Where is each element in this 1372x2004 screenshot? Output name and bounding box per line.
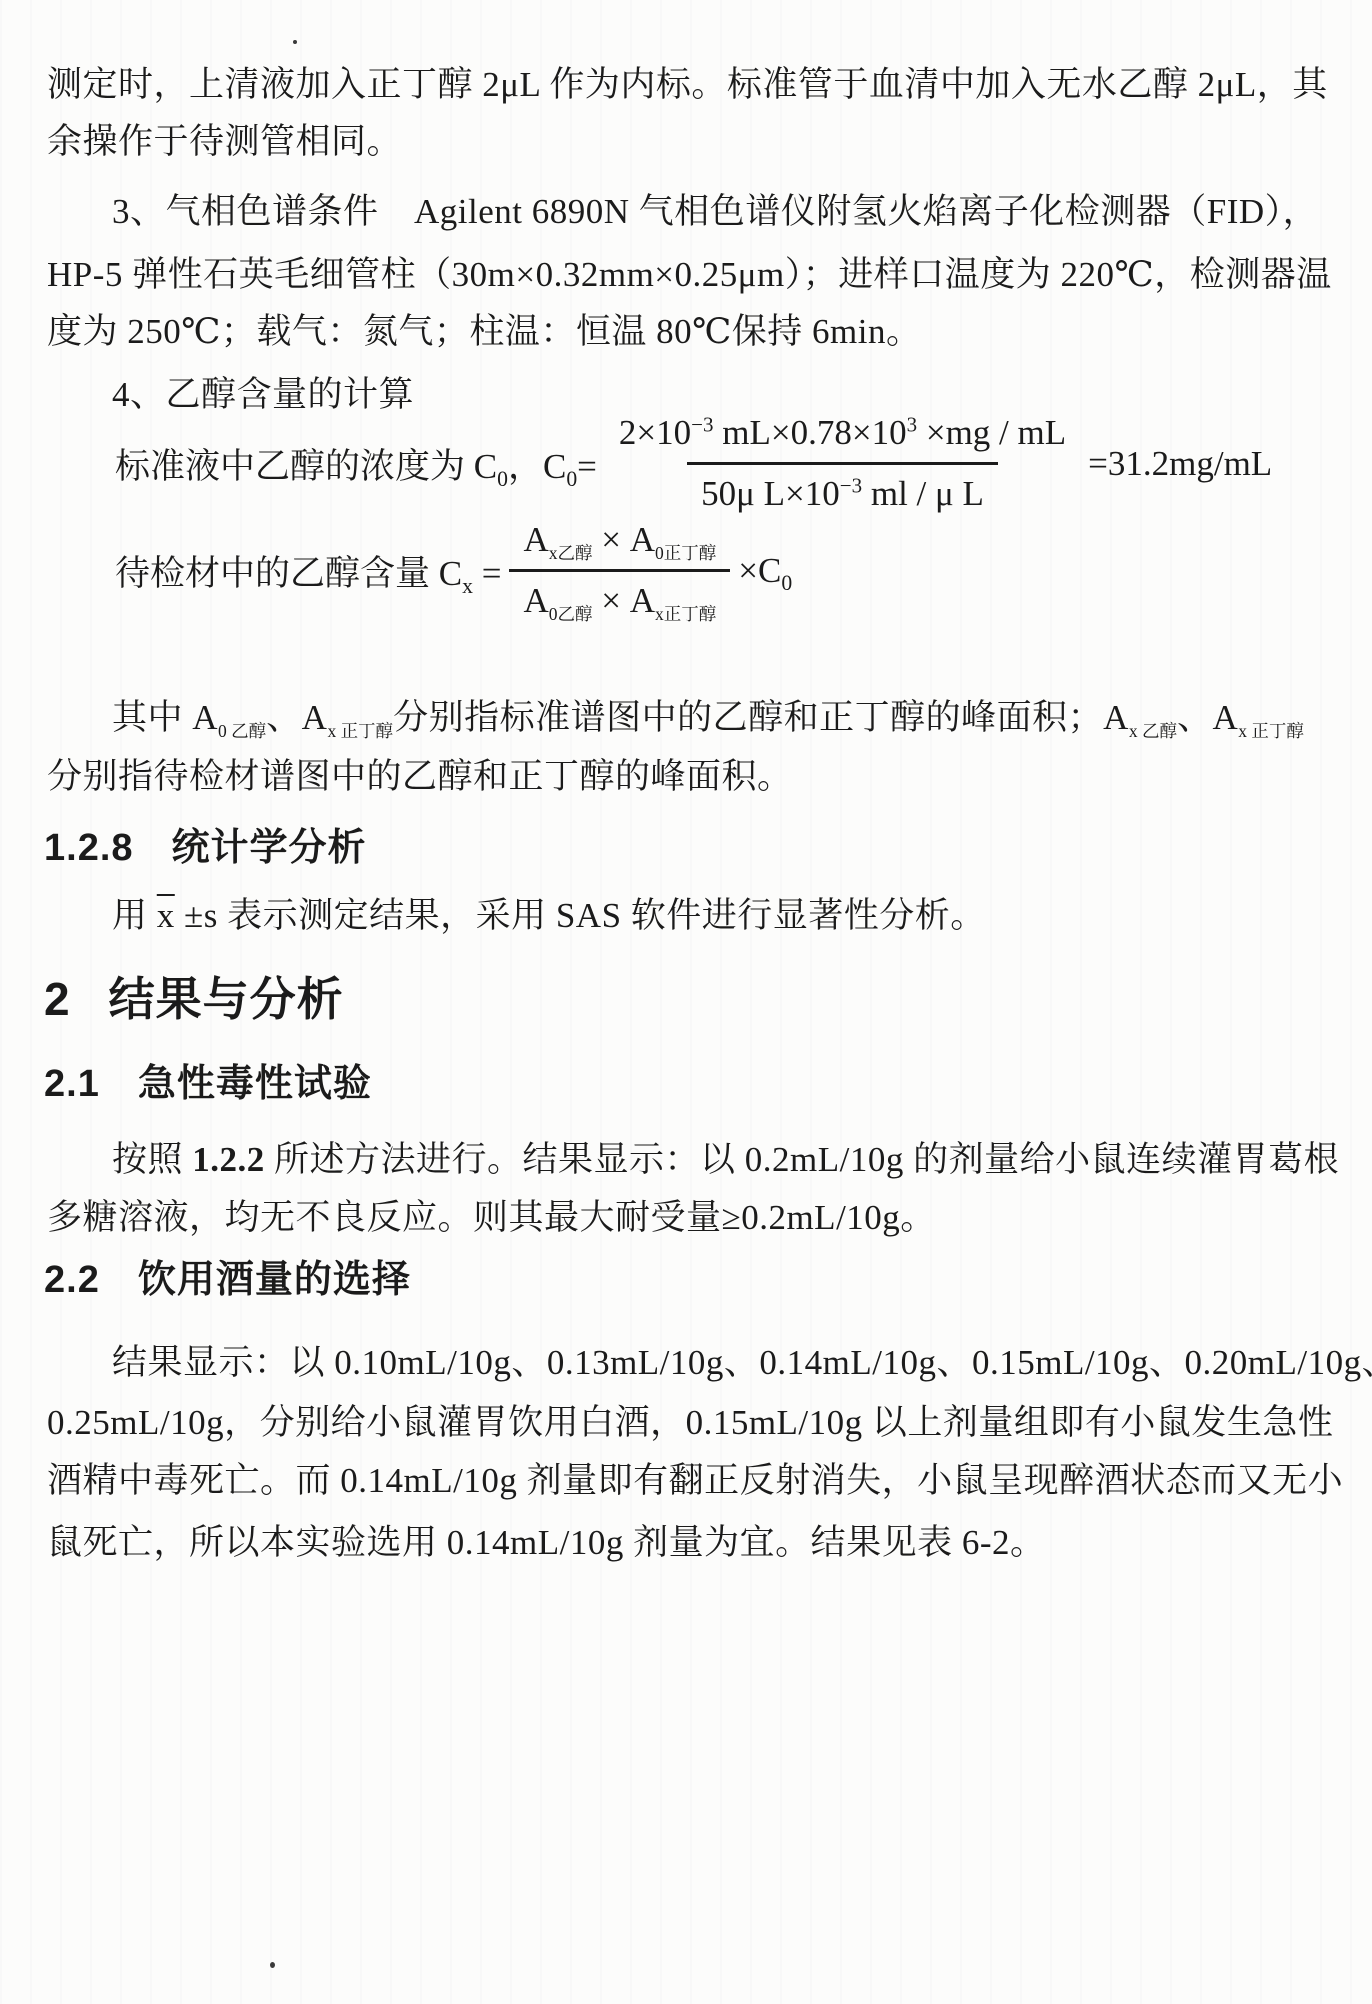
formula-c0-lead: 标准液中乙醇的浓度为 C0，C0= <box>115 439 597 489</box>
c0-subscript: 0 <box>497 467 508 491</box>
para-calc-heading: 4、乙醇含量的计算 <box>112 367 414 417</box>
para-gc-line-1: 3、气相色谱条件 Agilent 6890N 气相色谱仪附氢火焰离子化检测器（F… <box>112 184 1318 234</box>
para-dose-line-4: 鼠死亡，所以本实验选用 0.14mL/10g 剂量为宜。结果见表 6-2。 <box>47 1515 1046 1565</box>
section-title: 急性毒性试验 <box>138 1063 372 1105</box>
x-bar-symbol: x <box>157 896 175 935</box>
para-sample-line-2: 余操作于待测管相同。 <box>47 114 402 164</box>
c0-subscript: 0 <box>781 571 792 595</box>
c0-fraction: 2×10−3 mL×0.78×103 ×mg / mL 50μ L×10−3 m… <box>605 413 1080 514</box>
chapter-title: 结果与分析 <box>109 973 344 1025</box>
exponent: −3 <box>840 473 862 497</box>
section-heading-2-1: 2.1急性毒性试验 <box>44 1052 372 1107</box>
formula-cx: 待检材中的乙醇含量 Cx = Ax乙醇 × A0正丁醇 A0乙醇 × Ax正丁醇… <box>115 520 792 621</box>
area-subscript: x乙醇 <box>549 543 593 563</box>
para-where-line-2: 分别指待检材谱图中的乙醇和正丁醇的峰面积。 <box>47 749 793 799</box>
formula-cx-lead: 待检材中的乙醇含量 Cx = <box>115 546 501 596</box>
cx-subscript: x <box>462 574 473 598</box>
section-heading-2-2: 2.2饮用酒量的选择 <box>44 1248 411 1303</box>
scan-speck <box>270 1962 275 1968</box>
area-subscript: x正丁醇 <box>655 604 716 624</box>
cx-fraction: Ax乙醇 × A0正丁醇 A0乙醇 × Ax正丁醇 <box>509 520 730 621</box>
chapter-number: 2 <box>44 972 71 1026</box>
para-gc-line-2: HP-5 弹性石英毛细管柱（30m×0.32mm×0.25μm）；进样口温度为 … <box>47 247 1332 297</box>
area-subscript: x 乙醇 <box>1129 721 1177 741</box>
exponent: −3 <box>691 412 713 436</box>
para-where-line-1: 其中 A0 乙醇、Ax 正丁醇分别指标准谱图中的乙醇和正丁醇的峰面积；Ax 乙醇… <box>112 690 1304 740</box>
para-dose-line-3: 酒精中毒死亡。而 0.14mL/10g 剂量即有翻正反射消失，小鼠呈现醉酒状态而… <box>47 1453 1343 1503</box>
chapter-heading-2: 2结果与分析 <box>44 963 344 1029</box>
area-subscript: 0 乙醇 <box>218 721 266 741</box>
formula-c0-result: =31.2mg/mL <box>1088 444 1272 484</box>
para-sample-line-1: 测定时，上清液加入正丁醇 2μL 作为内标。标准管于血清中加入无水乙醇 2μL，… <box>47 57 1328 107</box>
para-dose-line-2: 0.25mL/10g，分别给小鼠灌胃饮用白酒，0.15mL/10g 以上剂量组即… <box>47 1395 1333 1445</box>
formula-cx-tail: ×C0 <box>738 551 792 591</box>
cx-denominator: A0乙醇 × Ax正丁醇 <box>509 569 730 621</box>
scan-speck <box>293 40 297 44</box>
c0-subscript: 0 <box>566 467 577 491</box>
section-heading-1-2-8: 1.2.8统计学分析 <box>44 816 367 871</box>
document-page: 测定时，上清液加入正丁醇 2μL 作为内标。标准管于血清中加入无水乙醇 2μL，… <box>0 0 1372 2004</box>
section-title: 统计学分析 <box>172 827 367 869</box>
para-gc-line-3: 度为 250℃；载气：氮气；柱温：恒温 80℃保持 6min。 <box>47 304 922 354</box>
area-subscript: 0正丁醇 <box>655 543 716 563</box>
formula-c0: 标准液中乙醇的浓度为 C0，C0= 2×10−3 mL×0.78×103 ×mg… <box>115 413 1272 514</box>
section-ref: 1.2.2 <box>192 1140 265 1179</box>
para-dose-line-1: 结果显示：以 0.10mL/10g、0.13mL/10g、0.14mL/10g、… <box>112 1335 1372 1385</box>
section-number: 1.2.8 <box>44 827 134 870</box>
area-subscript: 0乙醇 <box>549 604 593 624</box>
para-acute-line-2: 多糖溶液，均无不良反应。则其最大耐受量≥0.2mL/10g。 <box>47 1190 936 1240</box>
para-stats: 用 x ±s 表示测定结果，采用 SAS 软件进行显著性分析。 <box>112 888 986 938</box>
section-number: 2.2 <box>44 1259 100 1302</box>
area-subscript: x 正丁醇 <box>1238 721 1304 741</box>
exponent: 3 <box>907 412 918 436</box>
para-acute-line-1: 按照 1.2.2 所述方法进行。结果显示：以 0.2mL/10g 的剂量给小鼠连… <box>112 1132 1339 1182</box>
section-title: 饮用酒量的选择 <box>138 1259 411 1301</box>
area-subscript: x 正丁醇 <box>327 721 393 741</box>
section-number: 2.1 <box>44 1063 100 1106</box>
c0-denominator: 50μ L×10−3 ml / μ L <box>687 462 998 514</box>
c0-numerator: 2×10−3 mL×0.78×103 ×mg / mL <box>605 413 1080 462</box>
cx-numerator: Ax乙醇 × A0正丁醇 <box>509 520 730 569</box>
